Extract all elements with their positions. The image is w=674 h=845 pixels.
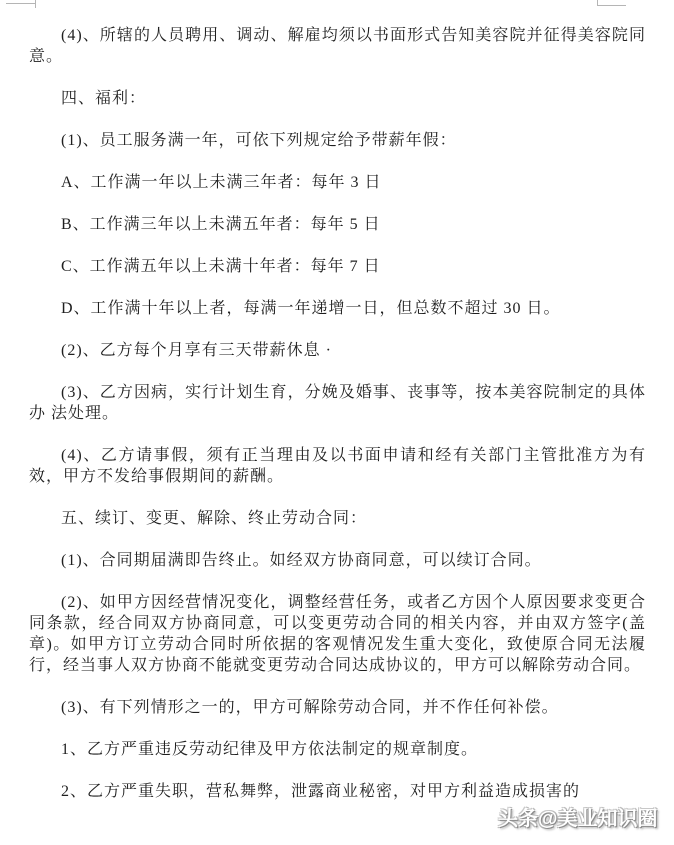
paragraph: (3)、有下列情形之一的，甲方可解除劳动合同，并不作任何补偿。 [29,697,646,718]
paragraph: A、工作满一年以上未满三年者：每年 3 日 [29,172,646,193]
document-body: (4)、所辖的人员聘用、调动、解雇均须以书面形式告知美容院并征得美容院同意。四、… [29,25,646,823]
paragraph: (3)、乙方因病，实行计划生育，分娩及婚事、丧事等，按本美容院制定的具体办 法处… [29,382,646,424]
paragraph: (1)、员工服务满一年，可依下列规定给予带薪年假： [29,130,646,151]
paragraph: D、工作满十年以上者，每满一年递增一日，但总数不超过 30 日。 [29,298,646,319]
paragraph: (2)、乙方每个月享有三天带薪休息 · [29,340,646,361]
document-page: (4)、所辖的人员聘用、调动、解雇均须以书面形式告知美容院并征得美容院同意。四、… [0,0,674,845]
margin-crop-mark-top-left-horizontal [6,3,36,4]
paragraph: 四、福利： [29,88,646,109]
watermark: 头条@美业知识圈 [498,804,658,834]
paragraph: (4)、所辖的人员聘用、调动、解雇均须以书面形式告知美容院并征得美容院同意。 [29,25,646,67]
margin-crop-mark-top-left-vertical [35,0,36,8]
paragraph: (1)、合同期届满即告终止。如经双方协商同意，可以续订合同。 [29,550,646,571]
paragraph: 1、乙方严重违反劳动纪律及甲方依法制定的规章制度。 [29,739,646,760]
paragraph: (4)、乙方请事假，须有正当理由及以书面申请和经有关部门主管批准方为有效，甲方不… [29,445,646,487]
paragraph: 五、续订、变更、解除、终止劳动合同： [29,508,646,529]
paragraph: 2、乙方严重失职，营私舞弊，泄露商业秘密，对甲方利益造成损害的 [29,781,646,802]
margin-crop-mark-top-right-horizontal [597,5,626,6]
paragraph: (2)、如甲方因经营情况变化，调整经营任务，或者乙方因个人原因要求变更合同条款，… [29,592,646,676]
paragraph: C、工作满五年以上未满十年者：每年 7 日 [29,256,646,277]
paragraph: B、工作满三年以上未满五年者：每年 5 日 [29,214,646,235]
